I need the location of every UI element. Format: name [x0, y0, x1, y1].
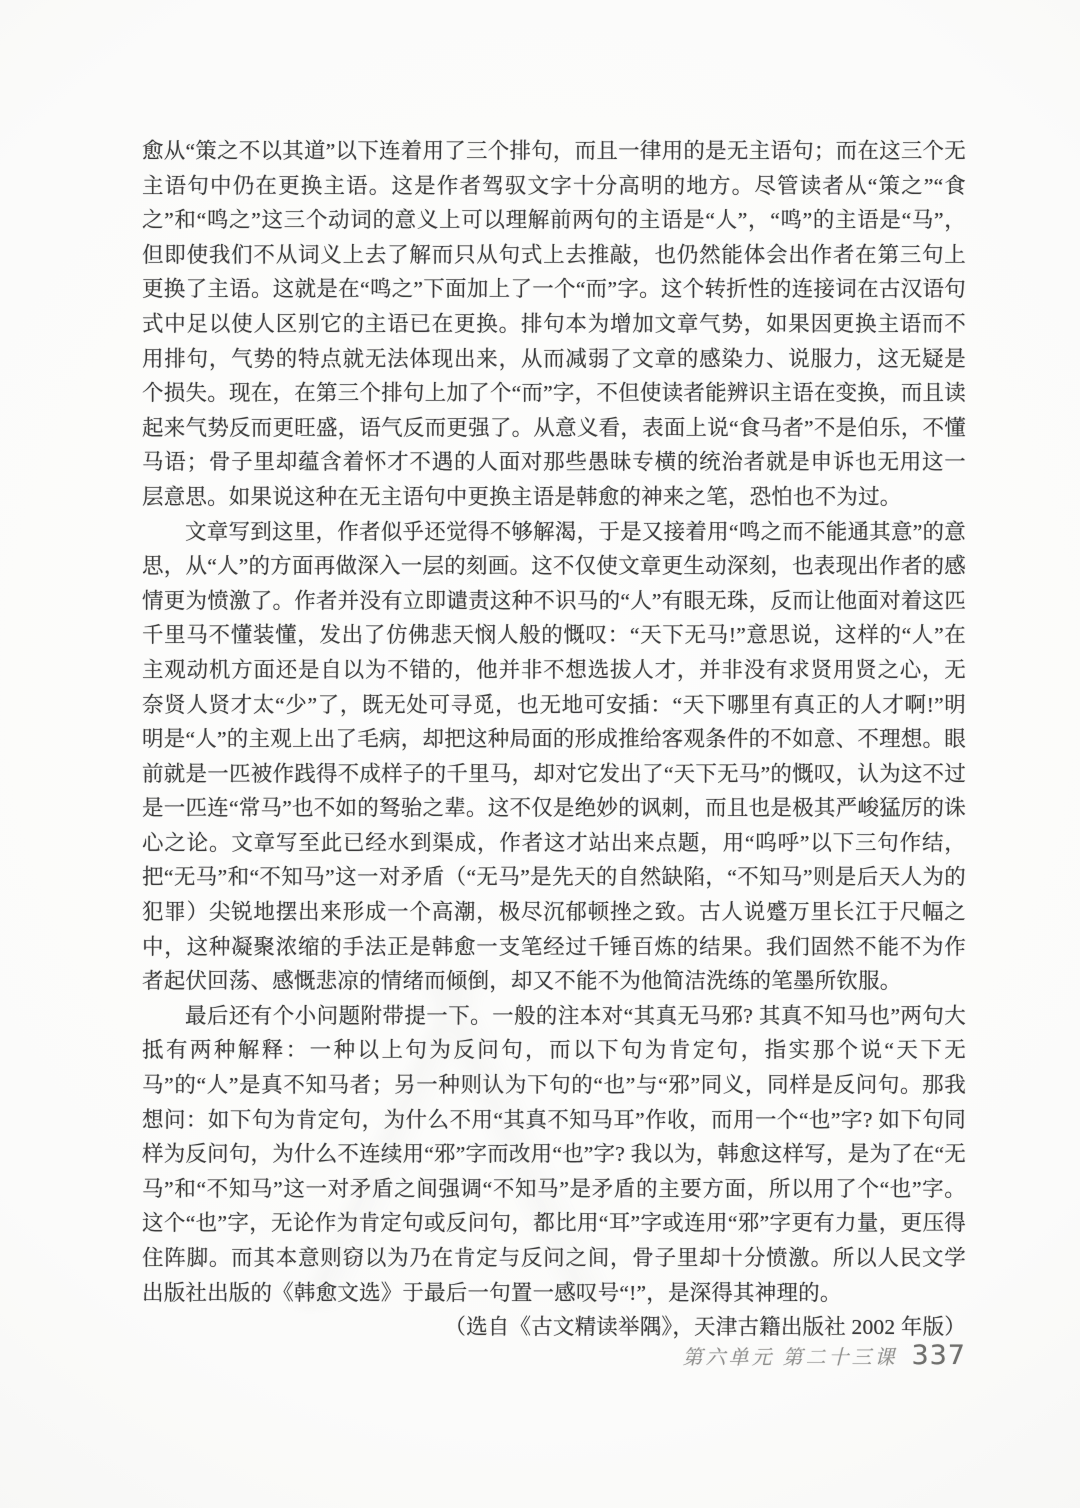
body-text: 愈从“策之不以其道”以下连着用了三个排句，而且一律用的是无主语句；而在这三个无主… — [142, 134, 966, 1345]
page-footer: 第六单元 第二十三课 337 — [682, 1340, 966, 1371]
paragraph-2: 文章写到这里，作者似乎还觉得不够解渴，于是又接着用“鸣之而不能通其意”的意思，从… — [142, 515, 966, 999]
unit-lesson-label: 第六单元 第二十三课 — [682, 1341, 897, 1370]
scanned-page: 愈从“策之不以其道”以下连着用了三个排句，而且一律用的是无主语句；而在这三个无主… — [0, 0, 1080, 1508]
page-number: 337 — [911, 1340, 966, 1371]
paragraph-3: 最后还有个小问题附带提一下。一般的注本对“其真无马邪? 其真不知马也”两句大抵有… — [142, 999, 966, 1310]
paragraph-1: 愈从“策之不以其道”以下连着用了三个排句，而且一律用的是无主语句；而在这三个无主… — [142, 134, 966, 515]
